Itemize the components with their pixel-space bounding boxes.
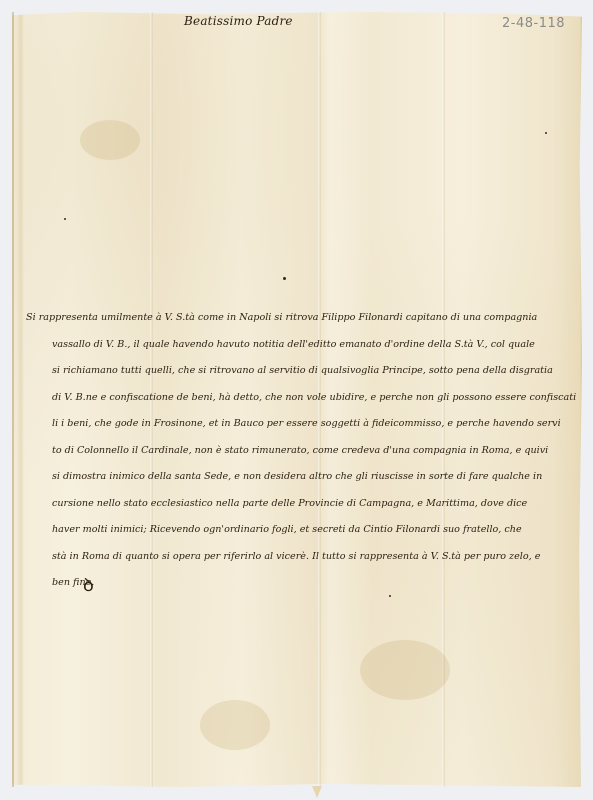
paper-stain <box>80 120 140 160</box>
salutation-heading: Beatissimo Padre <box>184 14 293 28</box>
letter-line: stà in Roma di quanto si opera per rifer… <box>26 551 576 578</box>
archive-number: 2-48-118 <box>502 16 565 31</box>
left-fold-edge <box>12 12 14 787</box>
ink-spot <box>64 218 66 220</box>
manuscript-scan: Beatissimo Padre 2-48-118 Si rappresenta… <box>0 0 593 800</box>
closing-flourish-icon: ꝺ <box>83 573 94 597</box>
letter-line: si dimostra inimico della santa Sede, e … <box>26 471 576 498</box>
letter-line: Si rappresenta umilmente à V. S.tà come … <box>26 312 576 339</box>
letter-line: haver molti inimici; Ricevendo ogn'ordin… <box>26 524 576 551</box>
letter-line: di V. B.ne e confiscatione de beni, hà d… <box>26 392 576 419</box>
ink-spot <box>283 277 286 280</box>
paper-tear <box>312 786 322 798</box>
letter-line: ben fine. <box>26 577 576 604</box>
paper-stain <box>200 700 270 750</box>
letter-line: li i beni, che gode in Frosinone, et in … <box>26 418 576 445</box>
letter-line: to di Colonnello il Cardinale, non è sta… <box>26 445 576 472</box>
ink-spot <box>545 132 547 134</box>
paper-stain <box>360 640 450 700</box>
letter-line: vassallo di V. B., il quale havendo havu… <box>26 339 576 366</box>
letter-body: Si rappresenta umilmente à V. S.tà come … <box>26 312 576 604</box>
letter-line: si richiamano tutti quelli, che si ritro… <box>26 365 576 392</box>
letter-line: cursione nello stato ecclesiastico nella… <box>26 498 576 525</box>
